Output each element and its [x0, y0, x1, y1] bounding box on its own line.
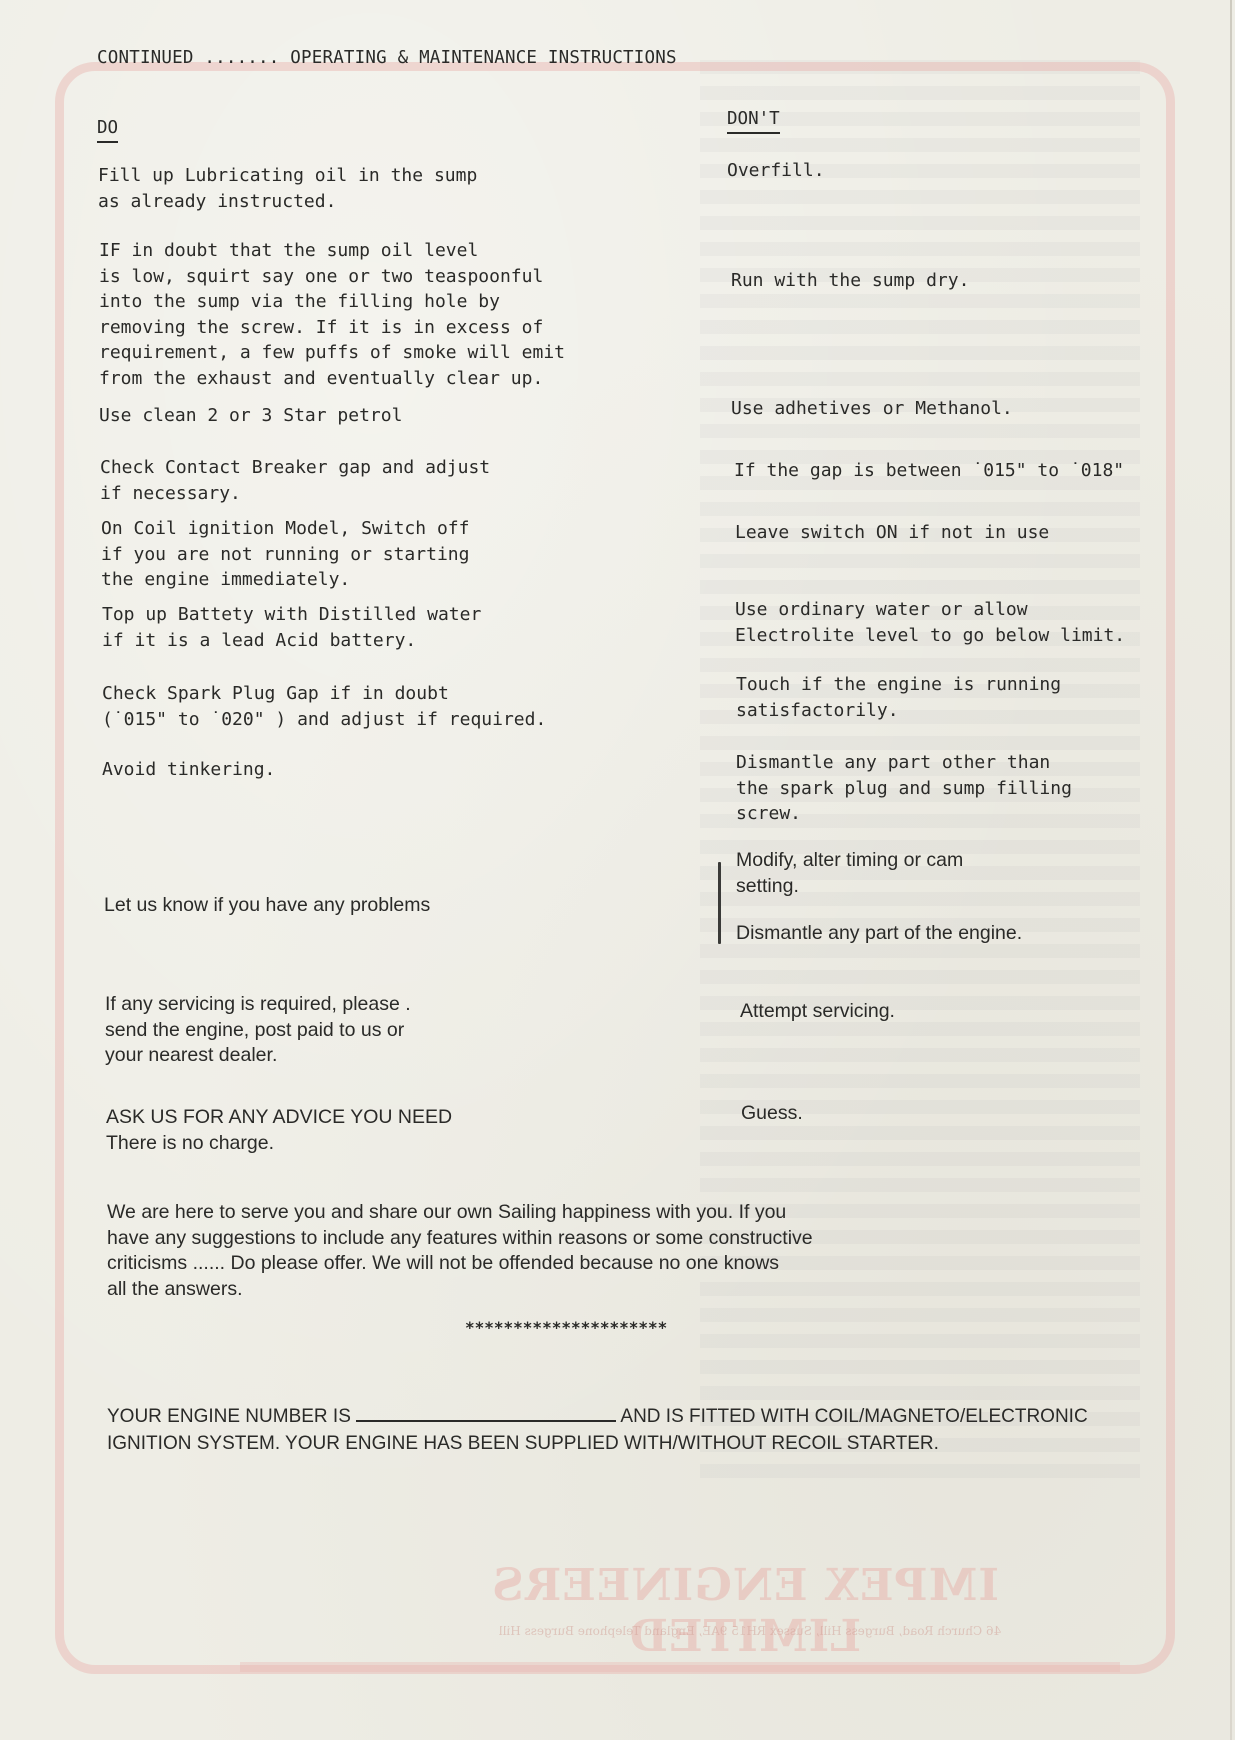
do-item: Check Contact Breaker gap and adjust if …: [100, 455, 490, 506]
dont-item: Run with the sump dry.: [731, 268, 969, 294]
letterhead-company-bleed: IMPEX ENGINEERS LIMITED: [395, 1560, 1095, 1662]
do-item: If any servicing is required, please . s…: [105, 992, 411, 1069]
do-item: Let us know if you have any problems: [104, 893, 430, 919]
dont-item: Attempt servicing.: [740, 999, 895, 1025]
dont-item: Overfill.: [727, 158, 825, 184]
engine-info-block: YOUR ENGINE NUMBER IS AND IS FITTED WITH…: [107, 1402, 1088, 1457]
recoil-starter-text: IGNITION SYSTEM. YOUR ENGINE HAS BEEN SU…: [107, 1433, 939, 1454]
separator-stars: *********************: [465, 1318, 667, 1337]
engine-number-label: YOUR ENGINE NUMBER IS: [107, 1406, 351, 1427]
engine-number-field[interactable]: [356, 1402, 616, 1422]
page-edge: [1230, 0, 1232, 1740]
do-item: Check Spark Plug Gap if in doubt (˙015" …: [102, 681, 546, 732]
dont-item: If the gap is between ˙015" to ˙018": [734, 458, 1124, 484]
do-item: Avoid tinkering.: [102, 757, 275, 783]
do-item: On Coil ignition Model, Switch off if yo…: [101, 516, 469, 593]
dont-item: Use ordinary water or allow Electrolite …: [735, 597, 1125, 648]
dont-item: Dismantle any part of the engine.: [736, 921, 1022, 947]
dont-item: Use adhetives or Methanol.: [731, 396, 1013, 422]
ignition-fitted-text: AND IS FITTED WITH COIL/MAGNETO/ELECTRON…: [620, 1406, 1087, 1427]
page-title: CONTINUED ....... OPERATING & MAINTENANC…: [97, 48, 677, 68]
do-item: Fill up Lubricating oil in the sump as a…: [98, 163, 477, 214]
letterhead-rule-bleed: [240, 1662, 1120, 1672]
column-divider-bar: [718, 862, 721, 944]
dont-item: Modify, alter timing or cam setting.: [736, 848, 963, 899]
do-item: Use clean 2 or 3 Star petrol: [99, 403, 402, 429]
dont-item: Touch if the engine is running satisfact…: [736, 672, 1061, 723]
dont-item: Guess.: [741, 1101, 803, 1127]
dont-item: Leave switch ON if not in use: [735, 520, 1049, 546]
do-item: Top up Battety with Distilled water if i…: [102, 602, 481, 653]
dont-column-heading: DON'T: [727, 109, 780, 134]
closing-message: We are here to serve you and share our o…: [107, 1200, 813, 1302]
do-column-heading: DO: [97, 118, 118, 143]
do-item: ASK US FOR ANY ADVICE YOU NEED There is …: [106, 1105, 452, 1156]
dont-item: Dismantle any part other than the spark …: [736, 750, 1072, 827]
do-item: IF in doubt that the sump oil level is l…: [99, 238, 565, 391]
letterhead-address-bleed: 46 Church Road, Burgess Hill, Sussex RH1…: [400, 1624, 1100, 1638]
